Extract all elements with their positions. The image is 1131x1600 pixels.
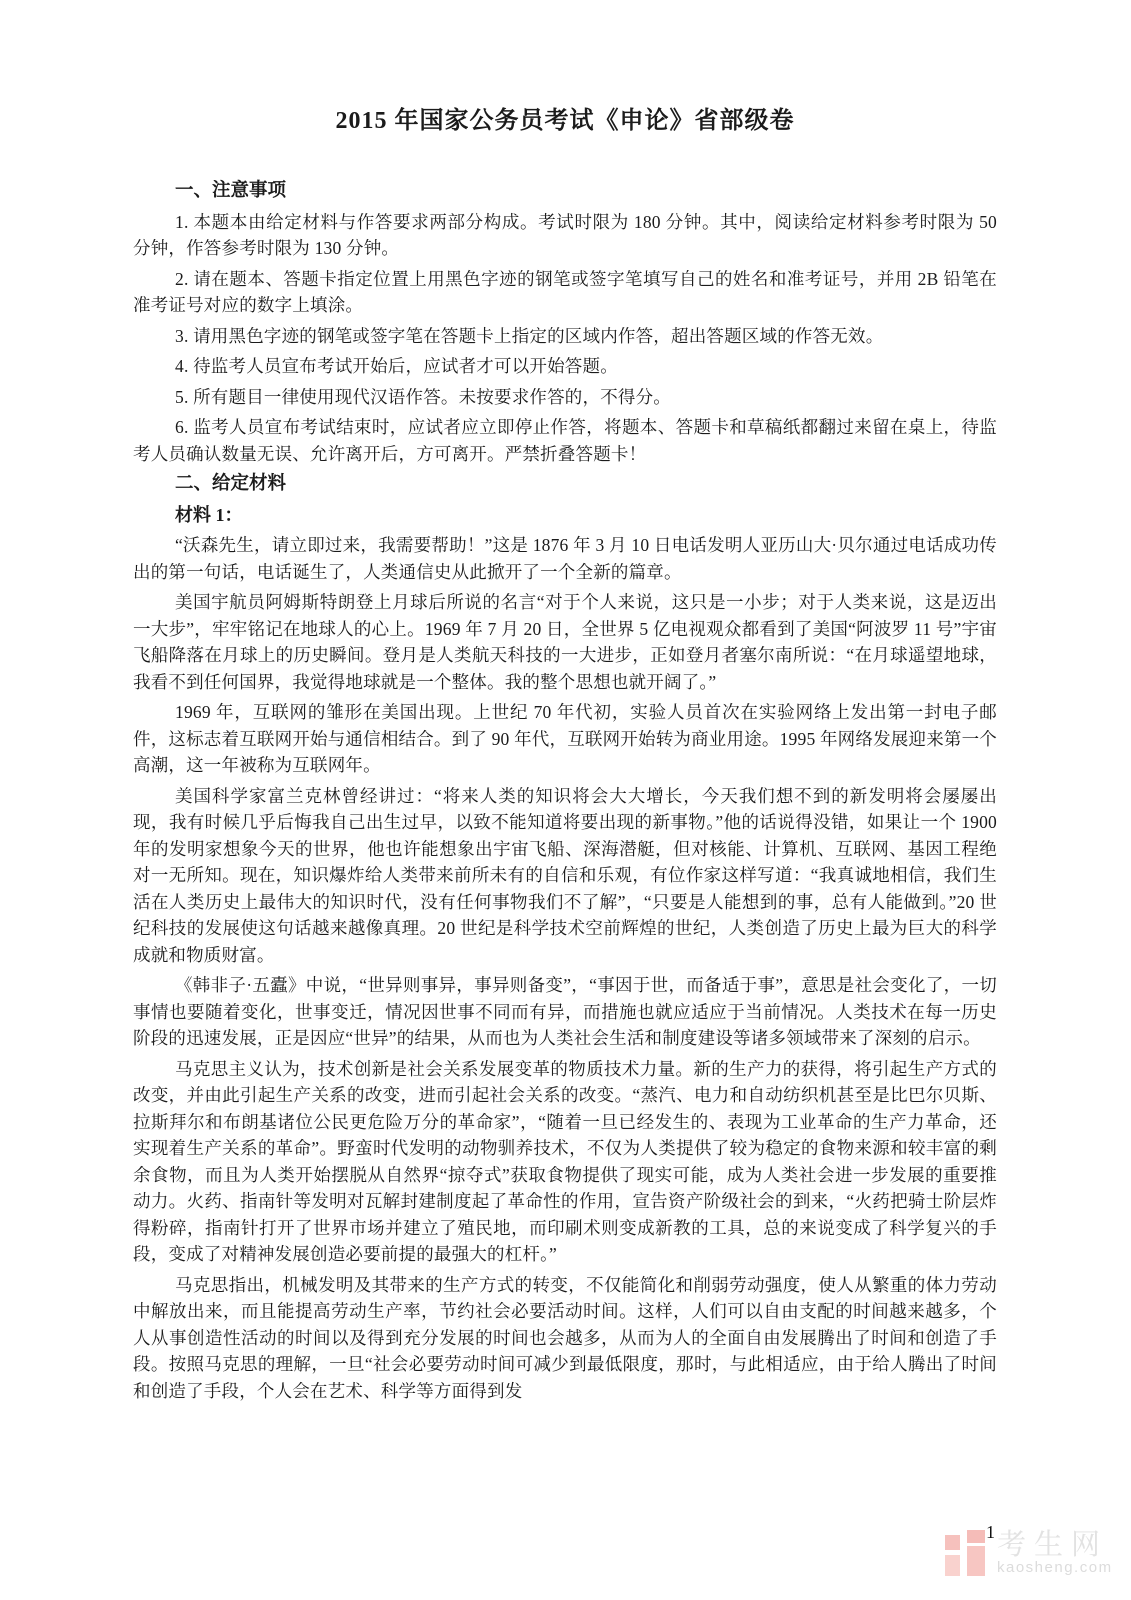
notice-item-4: 4. 待监考人员宣布考试开始后，应试者才可以开始答题。 xyxy=(133,353,997,380)
material-paragraph-4: 美国科学家富兰克林曾经讲过：“将来人类的知识将会大大增长，今天我们想不到的新发明… xyxy=(133,783,997,969)
material-paragraph-7: 马克思指出，机械发明及其带来的生产方式的转变，不仅能简化和削弱劳动强度，使人从繁… xyxy=(133,1272,997,1405)
notice-item-1: 1. 本题本由给定材料与作答要求两部分构成。考试时限为 180 分钟。其中，阅读… xyxy=(133,209,997,262)
material-paragraph-2: 美国宇航员阿姆斯特朗登上月球后所说的名言“对于个人来说，这只是一小步；对于人类来… xyxy=(133,589,997,695)
section-notices-heading: 一、注意事项 xyxy=(133,178,997,205)
material-paragraph-3: 1969 年，互联网的雏形在美国出现。上世纪 70 年代初，实验人员首次在实验网… xyxy=(133,699,997,779)
kaosheng-logo-icon xyxy=(945,1530,987,1578)
notice-item-5: 5. 所有题目一律使用现代汉语作答。未按要求作答的，不得分。 xyxy=(133,384,997,411)
watermark-brand-text: 考生网 xyxy=(997,1530,1113,1560)
document-page: 2015 年国家公务员考试《申论》省部级卷 一、注意事项 1. 本题本由给定材料… xyxy=(0,0,1131,1600)
kaosheng-watermark: 考生网 kaosheng.com xyxy=(945,1530,1113,1578)
material-paragraph-5: 《韩非子·五蠹》中说，“世异则事异，事异则备变”，“事因于世，而备适于事”，意思… xyxy=(133,972,997,1052)
section-materials-heading: 二、给定材料 xyxy=(133,471,997,498)
notice-item-6: 6. 监考人员宣布考试结束时，应试者应立即停止作答，将题本、答题卡和草稿纸都翻过… xyxy=(133,414,997,467)
material-paragraph-1: “沃森先生，请立即过来，我需要帮助！”这是 1876 年 3 月 10 日电话发… xyxy=(133,532,997,585)
material-paragraph-6: 马克思主义认为，技术创新是社会关系发展变革的物质技术力量。新的生产力的获得，将引… xyxy=(133,1056,997,1268)
notice-item-3: 3. 请用黑色字迹的钢笔或签字笔在答题卡上指定的区域内作答，超出答题区域的作答无… xyxy=(133,323,997,350)
notice-item-2: 2. 请在题本、答题卡指定位置上用黑色字迹的钢笔或签字笔填写自己的姓名和准考证号… xyxy=(133,266,997,319)
page-number: 1 xyxy=(986,1522,995,1543)
material-1-label: 材料 1： xyxy=(133,502,997,529)
watermark-domain-text: kaosheng.com xyxy=(997,1560,1113,1575)
page-title: 2015 年国家公务员考试《申论》省部级卷 xyxy=(133,104,997,138)
